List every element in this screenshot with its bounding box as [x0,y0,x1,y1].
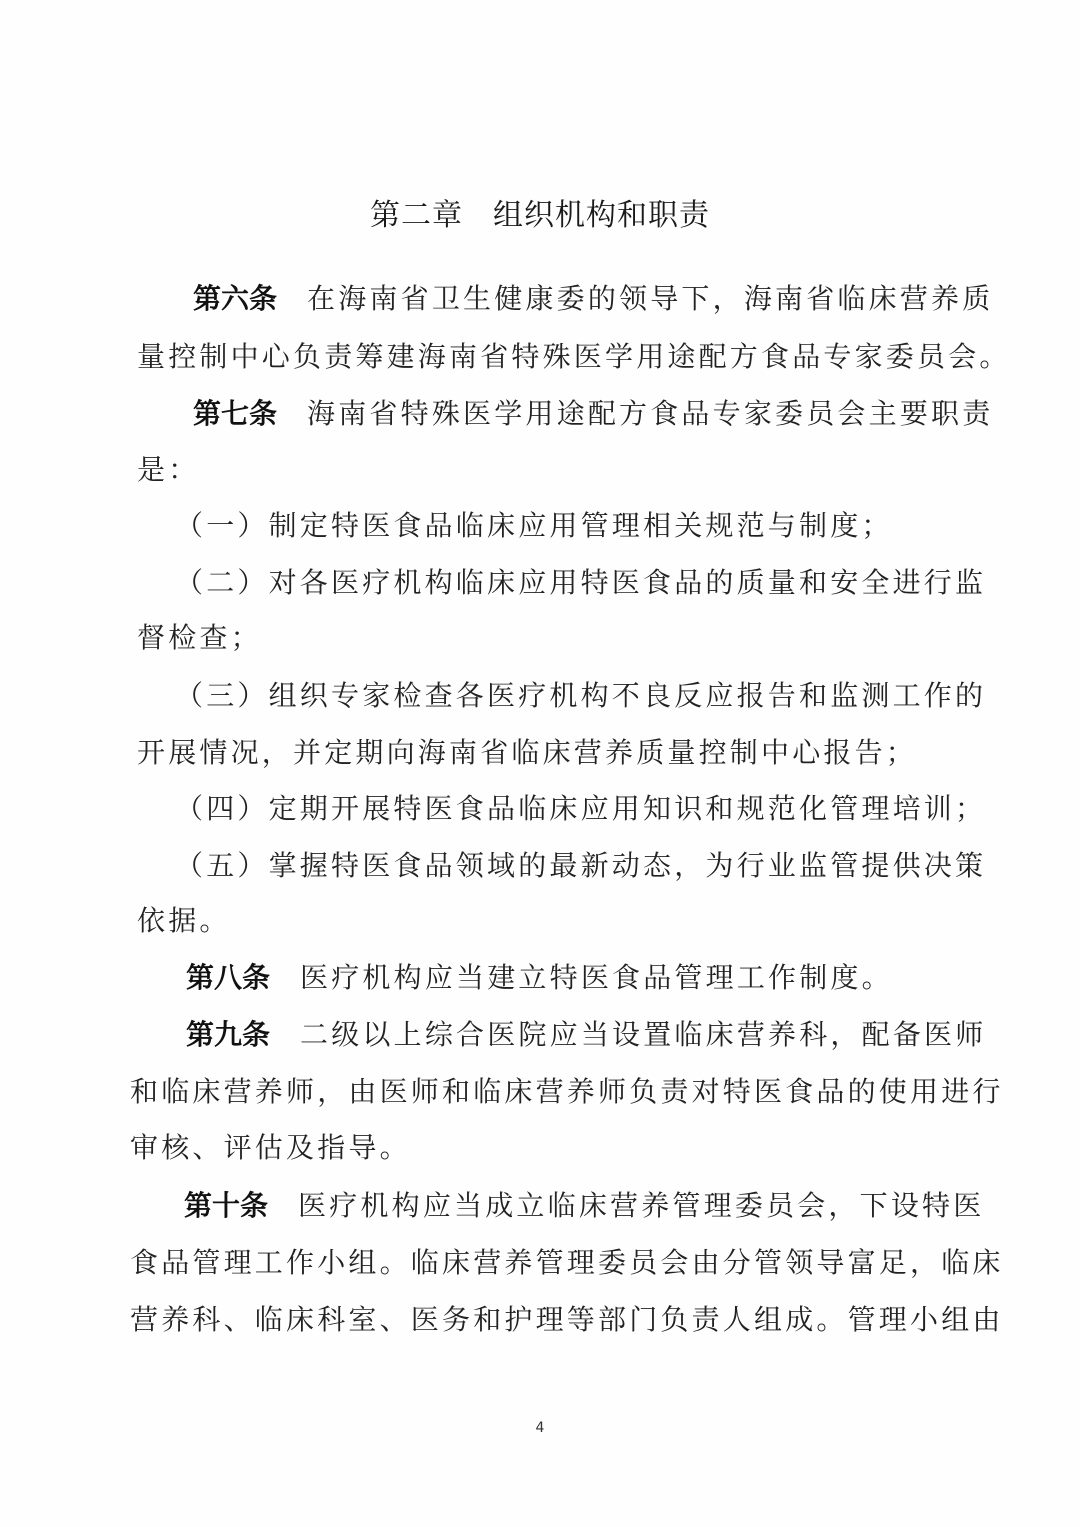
document-page: 第二章组织机构和职责 第六条在海南省卫生健康委的领导下，海南省临床营养质 量控制… [0,0,1080,1527]
article-7-item-2-line-2: 督检查； [137,620,262,656]
article-label: 第六条 [193,281,277,317]
chapter-title: 第二章组织机构和职责 [0,196,1080,236]
article-6-line-2: 量控制中心负责筹建海南省特殊医学用途配方食品专家委员会。 [137,339,1011,375]
article-8-line-1: 第八条医疗机构应当建立特医食品管理工作制度。 [186,960,893,996]
article-10-line-1: 第十条医疗机构应当成立临床营养管理委员会，下设特医 [184,1188,984,1224]
article-7-item-2-line-1: （二）对各医疗机构临床应用特医食品的质量和安全进行监 [175,565,986,601]
article-text: 海南省特殊医学用途配方食品专家委员会主要职责 [307,397,993,430]
article-10-line-3: 营养科、临床科室、医务和护理等部门负责人组成。管理小组由 [130,1302,1004,1338]
article-text: 医疗机构应当成立临床营养管理委员会，下设特医 [298,1189,984,1222]
article-7-item-5-line-1: （五）掌握特医食品领域的最新动态，为行业监管提供决策 [175,848,986,884]
article-label: 第九条 [186,1017,270,1053]
article-label: 第十条 [184,1188,268,1224]
article-7-item-3-line-2: 开展情况，并定期向海南省临床营养质量控制中心报告； [137,735,917,771]
article-7-item-1: （一）制定特医食品临床应用管理相关规范与制度； [175,508,893,544]
page-number: 4 [0,1420,1080,1436]
article-7-line-2: 是： [137,452,199,488]
article-9-line-3: 审核、评估及指导。 [130,1130,411,1166]
article-text: 医疗机构应当建立特医食品管理工作制度。 [300,961,893,994]
article-7-line-1: 第七条海南省特殊医学用途配方食品专家委员会主要职责 [193,396,993,432]
article-9-line-2: 和临床营养师，由医师和临床营养师负责对特医食品的使用进行 [130,1074,1004,1110]
article-label: 第八条 [186,960,270,996]
article-7-item-3-line-1: （三）组织专家检查各医疗机构不良反应报告和监测工作的 [175,678,986,714]
article-10-line-2: 食品管理工作小组。临床营养管理委员会由分管领导富足，临床 [130,1245,1004,1281]
chapter-number: 第二章 [370,198,463,233]
article-9-line-1: 第九条二级以上综合医院应当设置临床营养科，配备医师 [186,1017,986,1053]
chapter-name: 组织机构和职责 [493,198,710,233]
article-6-line-1: 第六条在海南省卫生健康委的领导下，海南省临床营养质 [193,281,993,317]
article-text: 二级以上综合医院应当设置临床营养科，配备医师 [300,1018,986,1051]
article-7-item-5-line-2: 依据。 [137,903,231,939]
article-text: 在海南省卫生健康委的领导下，海南省临床营养质 [307,282,993,315]
article-7-item-4: （四）定期开展特医食品临床应用知识和规范化管理培训； [175,791,986,827]
article-label: 第七条 [193,396,277,432]
